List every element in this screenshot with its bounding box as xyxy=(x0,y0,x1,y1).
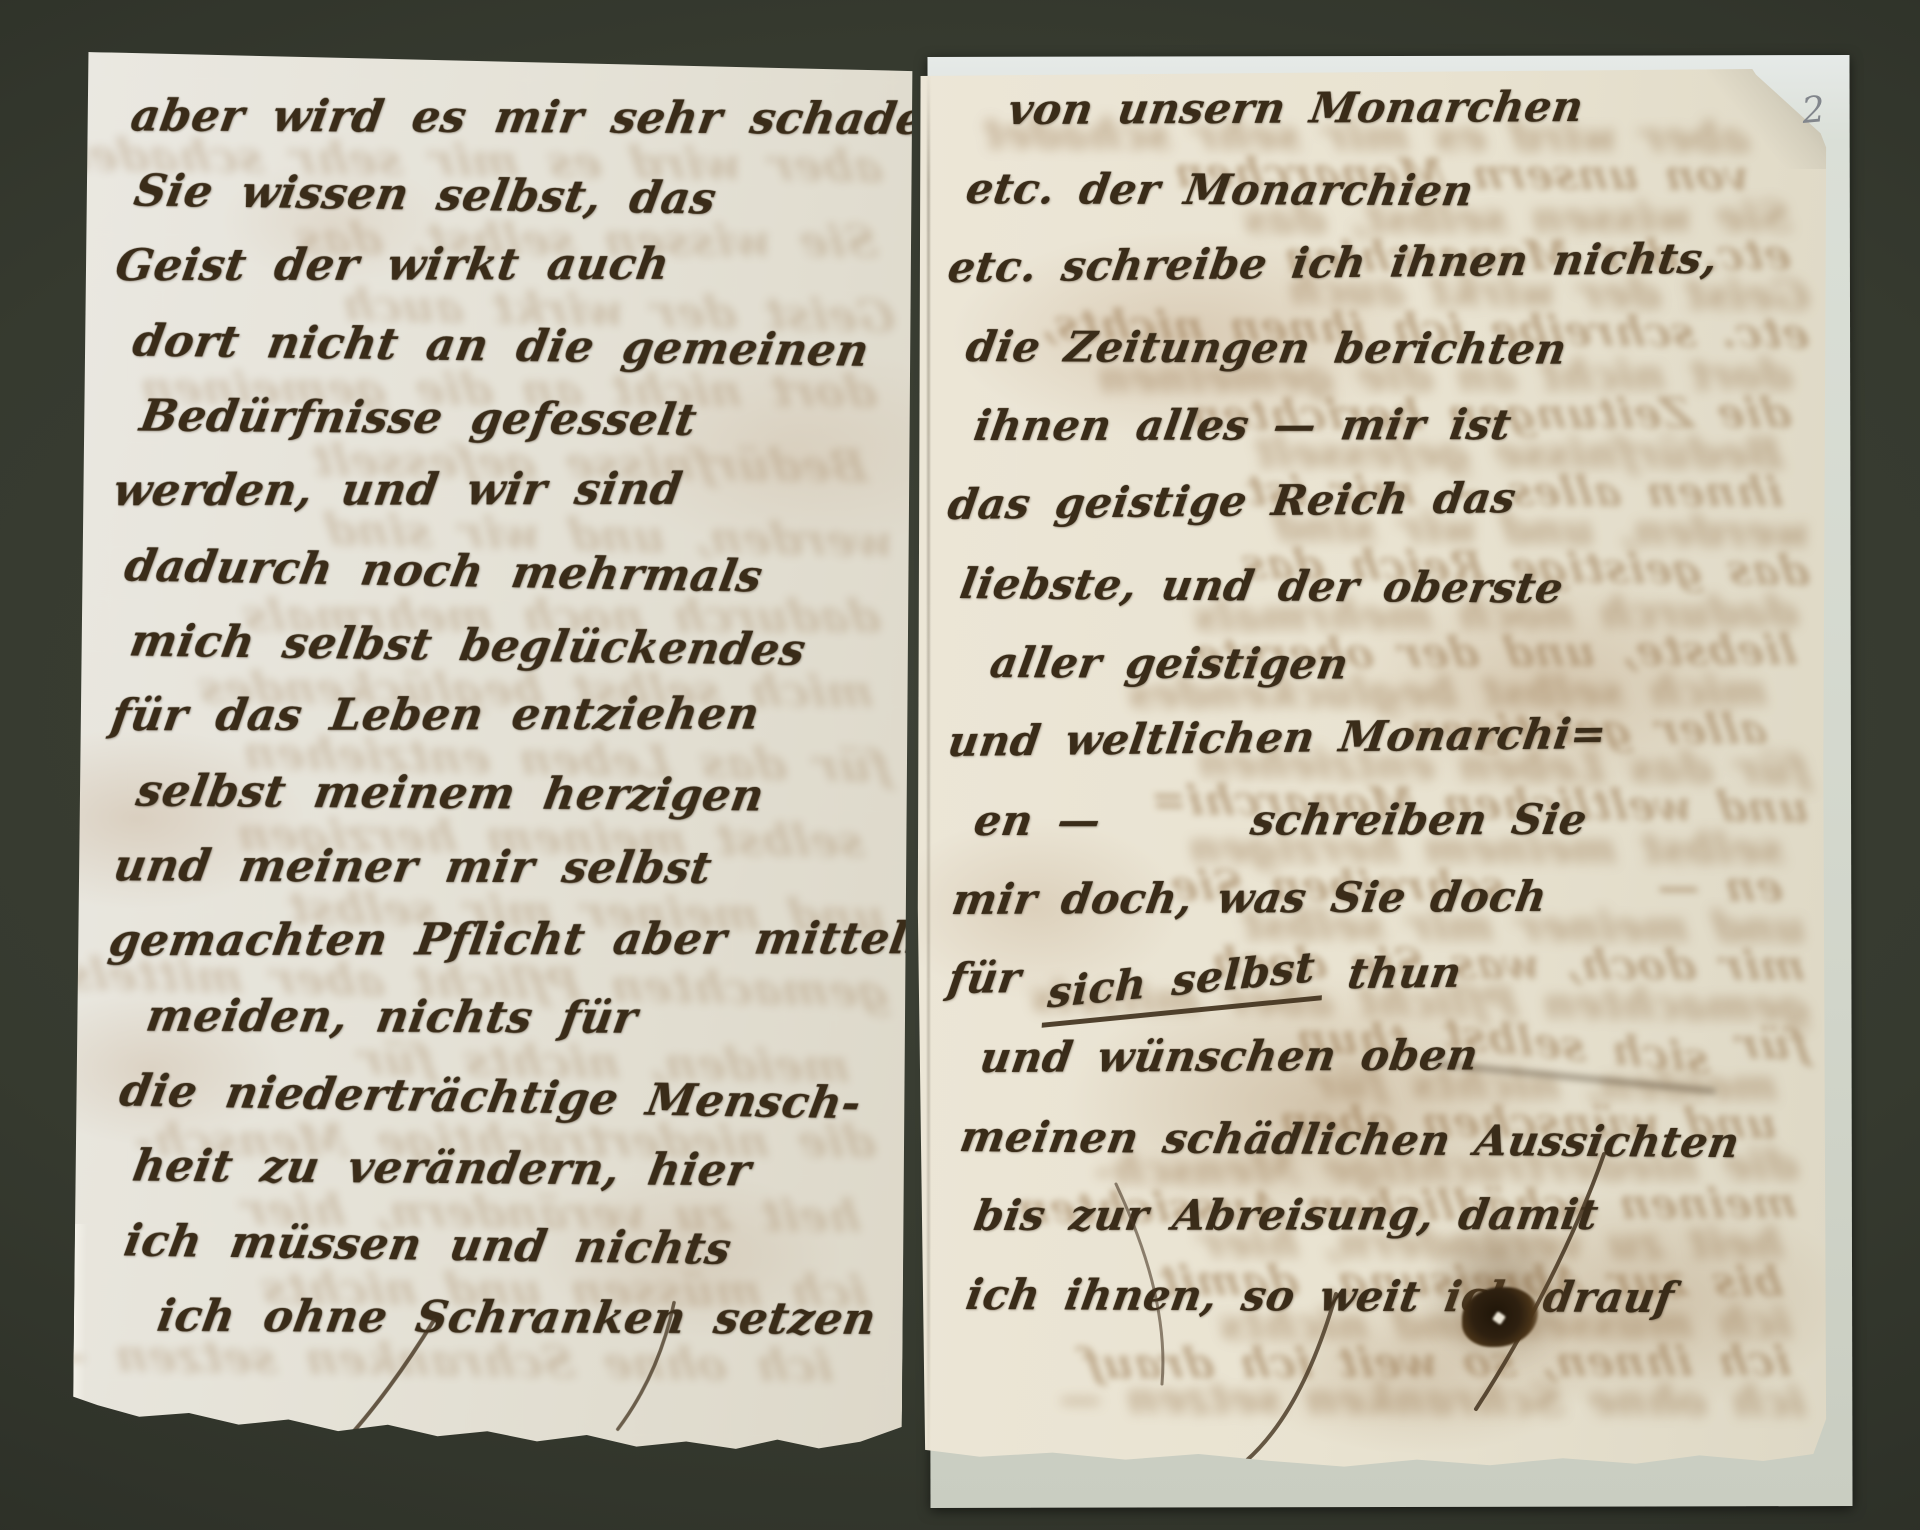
manuscript-photograph: aber wird es mir sehr schadetSie wissen … xyxy=(0,0,1920,1530)
letter-page-right: aber wird es mir sehr schadetSie wissen … xyxy=(916,69,1827,1468)
flourish-strokes xyxy=(73,52,915,1452)
letter-page-left: aber wird es mir sehr schadetSie wissen … xyxy=(73,52,915,1452)
flourish-strokes xyxy=(916,69,1827,1468)
page-number-pencil: 2 xyxy=(1800,89,1826,132)
